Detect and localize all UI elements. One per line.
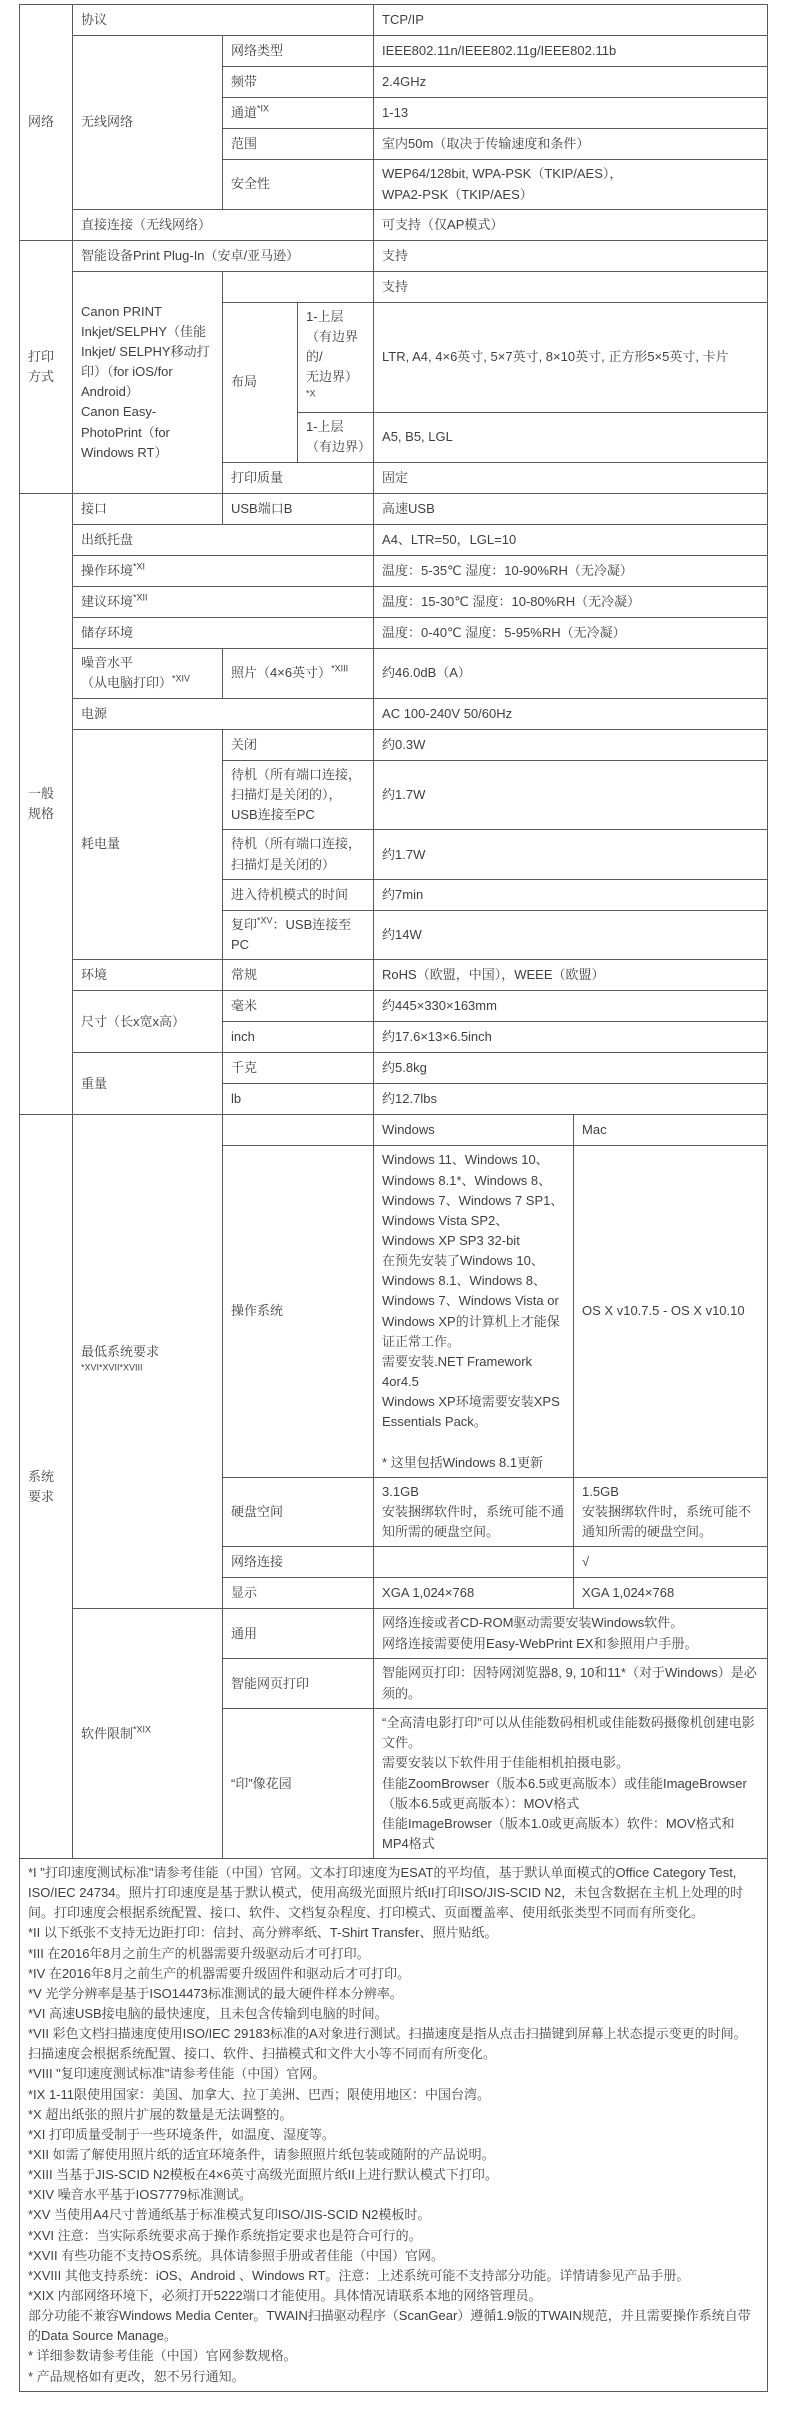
footnote-line: *XVIII 其他支持系统：iOS、Android 、Windows RT。注意… (28, 2266, 759, 2286)
row-recommended-env-value: 温度：15-30℃ 湿度：10-80%RH（无冷凝） (374, 586, 768, 617)
recommended-env-text: 建议环境 (81, 594, 133, 609)
row-power-supply-value: AC 100-240V 50/60Hz (374, 698, 768, 729)
row-network-connection-windows-value (374, 1547, 574, 1578)
row-channel-value: 1-13 (374, 98, 768, 129)
row-network-type-value: IEEE802.11n/IEEE802.11g/IEEE802.11b (374, 36, 768, 67)
software-limits-footnote-marker: *XIX (133, 1724, 151, 1734)
row-direct-connection-value: 可支持（仅AP模式） (374, 210, 768, 241)
row-layout-top-borderless-value: LTR, A4, 4×6英寸, 5×7英寸, 8×10英寸, 正方形5×5英寸,… (374, 303, 768, 413)
row-display-mac-value: XGA 1,024×768 (574, 1578, 768, 1609)
row-output-tray-label: 出纸托盘 (73, 524, 374, 555)
column-header-mac: Mac (574, 1115, 768, 1146)
footnote-line: *XI 打印质量受制于一些环境条件，如温度、湿度等。 (28, 2125, 759, 2145)
min-requirements-text: 最低系统要求 (81, 1344, 159, 1359)
row-disk-mac-value: 1.5GB 安装捆绑软件时，系统可能不通知所需的硬盘空间。 (574, 1477, 768, 1546)
noise-sub-label-text: 照片（4×6英寸） (231, 665, 331, 680)
noise-sub-footnote-marker: *XIII (331, 664, 348, 674)
row-dimensions-mm-value: 约445×330×163mm (374, 991, 768, 1022)
row-output-tray-value: A4、LTR=50，LGL=10 (374, 524, 768, 555)
spec-sheet: 网络 协议 TCP/IP 无线网络 网络类型 IEEE802.11n/IEEE8… (0, 0, 790, 2392)
row-display-windows-value: XGA 1,024×768 (374, 1578, 574, 1609)
footnote-line: *XV 当使用A4尺寸普通纸基于标准模式复印ISO/JIS-SCID N2模板时… (28, 2205, 759, 2225)
row-environment-label: 环境 (73, 960, 223, 991)
row-channel-label: 通道*IX (223, 98, 374, 129)
row-power-consumption-label: 耗电量 (73, 729, 223, 960)
row-layout-label: 布局 (223, 303, 298, 463)
row-min-requirements-label: 最低系统要求*XVI*XVII*XVIII (73, 1115, 223, 1609)
row-direct-connection-label: 直接连接（无线网络） (73, 210, 374, 241)
row-weight-kg-value: 约5.8kg (374, 1053, 768, 1084)
row-canon-apps-support-value: 支持 (374, 272, 768, 303)
footnote-line: *III 在2016年8月之前生产的机器需要升级驱动后才可打印。 (28, 1944, 759, 1964)
row-interface-sub-label: USB端口B (223, 493, 374, 524)
row-recommended-env-label: 建议环境*XII (73, 586, 374, 617)
row-band-value: 2.4GHz (374, 67, 768, 98)
row-operating-env-label: 操作环境*XI (73, 555, 374, 586)
layout-top-borderless-text: 1-上层 （有边界的/ 无边界） (306, 309, 358, 384)
row-os-windows-value: Windows 11、Windows 10、 Windows 8.1*、Wind… (374, 1146, 574, 1477)
footnote-line: *VII 彩色文档扫描速度使用ISO/IEC 29183标准的A对象进行测试。扫… (28, 2024, 759, 2064)
row-display-label: 显示 (223, 1578, 374, 1609)
min-requirements-footnote-marker: *XVI*XVII*XVIII (81, 1362, 143, 1372)
row-os-mac-value: OS X v10.7.5 - OS X v10.10 (574, 1146, 768, 1477)
section-label-general-specs: 一般规格 (20, 493, 73, 1115)
spec-table: 网络 协议 TCP/IP 无线网络 网络类型 IEEE802.11n/IEEE8… (19, 4, 768, 2392)
footnote-line: *IV 在2016年8月之前生产的机器需要升级固件和驱动后才可打印。 (28, 1964, 759, 1984)
row-canon-apps-empty-cell (223, 272, 374, 303)
footnotes-block: *I "打印速度测试标准"请参考佳能（中国）官网。文本打印速度为ESAT的平均值… (20, 1859, 768, 2392)
row-layout-top-bordered-label: 1-上层 （有边界） (298, 412, 374, 462)
row-environment-sub-label: 常规 (223, 960, 374, 991)
row-standby-time-value: 约7min (374, 880, 768, 911)
section-label-network: 网络 (20, 5, 73, 241)
row-power-supply-label: 电源 (73, 698, 374, 729)
channel-footnote-marker: *IX (257, 104, 269, 114)
footnote-line: *II 以下纸张不支持无边距打印：信封、高分辨率纸、T-Shirt Transf… (28, 1923, 759, 1943)
row-standby-label: 待机（所有端口连接，扫描灯是关闭的） (223, 830, 374, 880)
software-limits-text: 软件限制 (81, 1726, 133, 1741)
row-standby-time-label: 进入待机模式的时间 (223, 880, 374, 911)
row-layout-top-borderless-label: 1-上层 （有边界的/ 无边界）*X (298, 303, 374, 413)
footnote-line: *VI 高速USB接电脑的最快速度，且未包含传输到电脑的时间。 (28, 2004, 759, 2024)
footnote-line: *XIV 噪音水平基于IOS7779标准测试。 (28, 2185, 759, 2205)
row-environment-value: RoHS（欧盟，中国），WEEE（欧盟） (374, 960, 768, 991)
footnote-line: *XVII 有些功能不支持OS系统。具体请参照手册或者佳能（中国）官网。 (28, 2246, 759, 2266)
row-power-off-label: 关闭 (223, 729, 374, 760)
row-image-garden-value: “全高清电影打印”可以从佳能数码相机或佳能数码摄像机创建电影文件。 需要安装以下… (374, 1709, 768, 1859)
copy-power-footnote-marker: *XV (257, 916, 273, 926)
row-software-general-value: 网络连接或者CD-ROM驱动需要安装Windows软件。 网络连接需要使用Eas… (374, 1609, 768, 1659)
noise-label-text: 噪音水平 （从电脑打印） (81, 655, 172, 690)
row-weight-label: 重量 (73, 1053, 223, 1115)
row-security-label: 安全性 (223, 160, 374, 210)
row-range-value: 室内50m（取决于传输速度和条件） (374, 129, 768, 160)
row-dimensions-inch-value: 约17.6×13×6.5inch (374, 1022, 768, 1053)
row-network-connection-mac-value: √ (574, 1547, 768, 1578)
row-software-limits-label: 软件限制*XIX (73, 1609, 223, 1859)
row-weight-lb-label: lb (223, 1084, 374, 1115)
row-image-garden-label: “印”像花园 (223, 1709, 374, 1859)
footnote-line: *I "打印速度测试标准"请参考佳能（中国）官网。文本打印速度为ESAT的平均值… (28, 1863, 759, 1923)
row-layout-top-bordered-value: A5, B5, LGL (374, 412, 768, 462)
os-header-empty-cell (223, 1115, 374, 1146)
row-os-label: 操作系统 (223, 1146, 374, 1477)
footnote-line: *V 光学分辨率是基于ISO14473标准测试的最大硬件样本分辨率。 (28, 1984, 759, 2004)
row-weight-kg-label: 千克 (223, 1053, 374, 1084)
row-wireless-label: 无线网络 (73, 36, 223, 210)
noise-footnote-marker: *XIV (172, 674, 190, 684)
row-interface-label: 接口 (73, 493, 223, 524)
row-dimensions-label: 尺寸（长x宽x高） (73, 991, 223, 1053)
footnote-line: * 产品规格如有更改，恕不另行通知。 (28, 2367, 759, 2387)
row-network-type-label: 网络类型 (223, 36, 374, 67)
row-band-label: 频带 (223, 67, 374, 98)
row-print-quality-value: 固定 (374, 462, 768, 493)
row-interface-value: 高速USB (374, 493, 768, 524)
row-standby-usb-value: 约1.7W (374, 760, 768, 829)
row-power-off-value: 约0.3W (374, 729, 768, 760)
row-security-value: WEP64/128bit, WPA-PSK（TKIP/AES）， WPA2-PS… (374, 160, 768, 210)
row-range-label: 范围 (223, 129, 374, 160)
row-smart-plugin-label: 智能设备Print Plug-In（安卓/亚马逊） (73, 241, 374, 272)
footnote-line: *XIII 当基于JIS-SCID N2模板在4×6英寸高级光面照片纸II上进行… (28, 2165, 759, 2185)
recommended-env-footnote-marker: *XII (133, 592, 148, 602)
column-header-windows: Windows (374, 1115, 574, 1146)
row-dimensions-inch-label: inch (223, 1022, 374, 1053)
row-disk-label: 硬盘空间 (223, 1477, 374, 1546)
row-noise-sub-label: 照片（4×6英寸）*XIII (223, 648, 374, 698)
row-dimensions-mm-label: 毫米 (223, 991, 374, 1022)
row-software-general-label: 通用 (223, 1609, 374, 1659)
layout-top-borderless-footnote-marker: *X (306, 388, 316, 398)
footnote-line: *IX 1-11限使用国家：美国、加拿大、拉丁美洲、巴西；限使用地区：中国台湾。 (28, 2085, 759, 2105)
footnote-line: *XVI 注意：当实际系统要求高于操作系统指定要求也是符合可行的。 (28, 2226, 759, 2246)
row-standby-usb-label: 待机（所有端口连接，扫描灯是关闭的），USB连接至PC (223, 760, 374, 829)
row-storage-env-label: 储存环境 (73, 617, 374, 648)
footnote-line: *XIX 内部网络环境下，必须打开5222端口才能使用。具体情况请联系本地的网络… (28, 2286, 759, 2306)
row-protocol-value: TCP/IP (374, 5, 768, 36)
section-label-print-method: 打印方式 (20, 241, 73, 494)
footnote-line: 部分功能不兼容Windows Media Center。TWAIN扫描驱动程序（… (28, 2306, 759, 2346)
operating-env-footnote-marker: *XI (133, 561, 145, 571)
footnote-line: *X 超出纸张的照片扩展的数量是无法调整的。 (28, 2105, 759, 2125)
row-copy-power-label: 复印*XV：USB连接至PC (223, 911, 374, 960)
operating-env-text: 操作环境 (81, 563, 133, 578)
footnote-line: *XII 如需了解使用照片纸的适宜环境条件，请参照照片纸包装或随附的产品说明。 (28, 2145, 759, 2165)
channel-label-text: 通道 (231, 105, 257, 120)
footnote-line: * 详细参数请参考佳能（中国）官网参数规格。 (28, 2346, 759, 2366)
footnote-line: *VIII "复印速度测试标准"请参考佳能（中国）官网。 (28, 2064, 759, 2084)
row-print-quality-label: 打印质量 (223, 462, 374, 493)
row-copy-power-value: 约14W (374, 911, 768, 960)
row-smart-plugin-value: 支持 (374, 241, 768, 272)
row-canon-apps-label: Canon PRINT Inkjet/SELPHY（佳能Inkjet/ SELP… (73, 272, 223, 494)
section-label-system-requirements: 系统要求 (20, 1115, 73, 1859)
row-protocol-label: 协议 (73, 5, 374, 36)
row-disk-windows-value: 3.1GB 安装捆绑软件时，系统可能不通知所需的硬盘空间。 (374, 1477, 574, 1546)
row-storage-env-value: 温度：0-40℃ 湿度：5-95%RH（无冷凝） (374, 617, 768, 648)
row-smart-web-print-value: 智能网页打印：因特网浏览器8, 9, 10和11*（对于Windows）是必须的… (374, 1659, 768, 1709)
row-noise-value: 约46.0dB（A） (374, 648, 768, 698)
row-standby-value: 约1.7W (374, 830, 768, 880)
row-weight-lb-value: 约12.7lbs (374, 1084, 768, 1115)
row-noise-label: 噪音水平 （从电脑打印）*XIV (73, 648, 223, 698)
row-network-connection-label: 网络连接 (223, 1547, 374, 1578)
copy-power-prefix: 复印 (231, 917, 257, 932)
row-smart-web-print-label: 智能网页打印 (223, 1659, 374, 1709)
row-operating-env-value: 温度：5-35℃ 湿度：10-90%RH（无冷凝） (374, 555, 768, 586)
